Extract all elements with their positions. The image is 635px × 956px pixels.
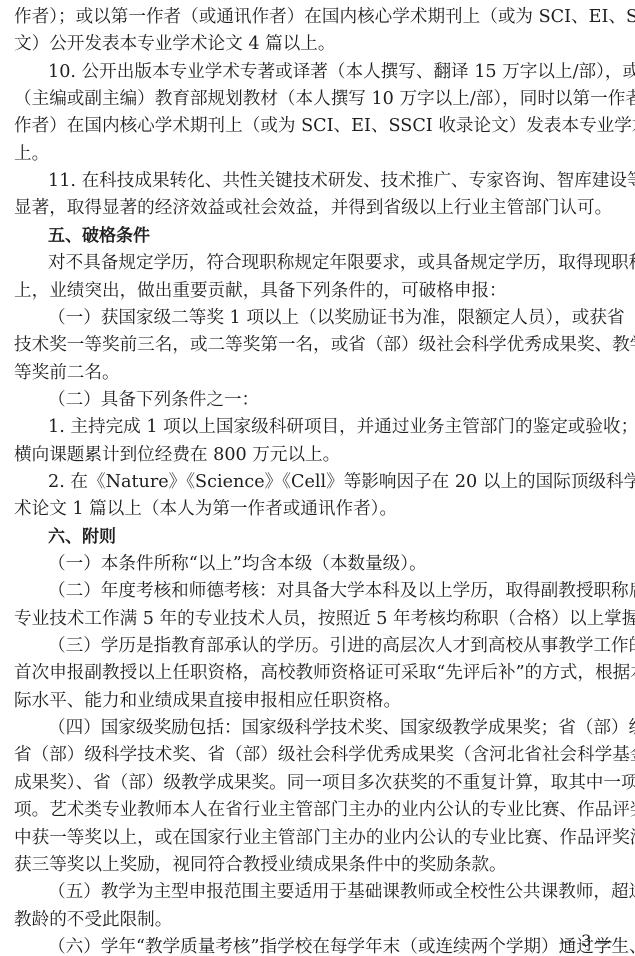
- text-line: 首次申报副教授以上任职资格，高校教师资格证可采取“先评后补”的方式，根据本人实: [14, 660, 618, 687]
- text-line: 10. 公开出版本专业学术专著或译著（本人撰写、翻译 15 万字以上/部），或主…: [48, 59, 618, 86]
- text-line: （五）教学为主型申报范围主要适用于基础课教师或全校性公共课教师，超过 25 年: [48, 879, 618, 906]
- text-line: 术论文 1 篇以上（本人为第一作者或通讯作者）。: [14, 496, 618, 523]
- text-line: 上，业绩突出，做出重要贡献，具备下列条件的，可破格申报：: [14, 278, 618, 305]
- text-line: 对不具备规定学历，符合现职称规定年限要求，或具备规定学历，取得现职称 2 年以: [48, 250, 618, 277]
- text-line: 作者）；或以第一作者（或通讯作者）在国内核心学术期刊上（或为 SCI、EI、SS…: [14, 4, 618, 31]
- text-line: 中获一等奖以上，或在国家行业主管部门主办的业内公认的专业比赛、作品评奖活动中: [14, 825, 618, 852]
- text-line: （二）具备下列条件之一：: [48, 387, 618, 414]
- text-line: 上。: [14, 141, 618, 168]
- text-line: 技术奖一等奖前三名，或二等奖第一名，或省（部）级社会科学优秀成果奖、教学成果奖一: [14, 332, 618, 359]
- text-line: 横向课题累计到位经费在 800 万元以上。: [14, 442, 618, 469]
- text-line: 显著，取得显著的经济效益或社会效益，并得到省级以上行业主管部门认可。: [14, 195, 618, 222]
- text-line: 1. 主持完成 1 项以上国家级科研项目，并通过业务主管部门的鉴定或验收；或主持: [48, 414, 618, 441]
- text-line: 教龄的不受此限制。: [14, 907, 618, 934]
- text-line: 2. 在《Nature》《Science》《Cell》等影响因子在 20 以上的…: [48, 469, 618, 496]
- text-line: 作者）在国内核心学术期刊上（或为 SCI、EI、SSCI 收录论文）发表本专业学…: [14, 113, 618, 140]
- text-line: 等奖前二名。: [14, 360, 618, 387]
- text-line: （四）国家级奖励包括：国家级科学技术奖、国家级教学成果奖；省（部）级奖励包括：: [48, 715, 618, 742]
- section-heading: 六、附则: [48, 524, 618, 551]
- page-number: — 3 —: [560, 930, 612, 952]
- text-line: （一）获国家级二等奖 1 项以上（以奖励证书为准，限额定人员），或获省（部）级科…: [48, 305, 618, 332]
- text-line: 项。艺术类专业教师本人在省行业主管部门主办的业内公认的专业比赛、作品评奖活动: [14, 797, 618, 824]
- text-line: 省（部）级科学技术奖、省（部）级社会科学优秀成果奖（含河北省社会科学基金项目优秀: [14, 742, 618, 769]
- text-line: 成果奖）、省（部）级教学成果奖。同一项目多次获奖的不重复计算，取其中一项最高奖: [14, 770, 618, 797]
- text-line: （主编或副主编）教育部规划教材（本人撰写 10 万字以上/部），同时以第一作者（…: [14, 86, 618, 113]
- section-heading: 五、破格条件: [48, 223, 618, 250]
- text-line: （一）本条件所称“以上”均含本级（本数量级）。: [48, 551, 618, 578]
- text-line: 际水平、能力和业绩成果直接申报相应任职资格。: [14, 688, 618, 715]
- text-line: 获三等奖以上奖励，视同符合教授业绩成果条件中的奖励条款。: [14, 852, 618, 879]
- text-line: （六）学年“教学质量考核”指学校在每学年末（或连续两个学期）通过学生、同行、督: [48, 934, 618, 956]
- document-page: 作者）；或以第一作者（或通讯作者）在国内核心学术期刊上（或为 SCI、EI、SS…: [0, 0, 635, 956]
- text-line: （三）学历是指教育部承认的学历。引进的高层次人才到高校从事教学工作的人员: [48, 633, 618, 660]
- text-line: （二）年度考核和师德考核：对具备大学本科及以上学历，取得副教授职称后，从事本: [48, 578, 618, 605]
- text-line: 11. 在科技成果转化、共性关键技术研发、技术推广、专家咨询、智库建设等方面成绩: [48, 168, 618, 195]
- text-line: 专业技术工作满 5 年的专业技术人员，按照近 5 年考核均称职（合格）以上掌握。: [14, 606, 618, 633]
- text-line: 文）公开发表本专业学术论文 4 篇以上。: [14, 31, 618, 58]
